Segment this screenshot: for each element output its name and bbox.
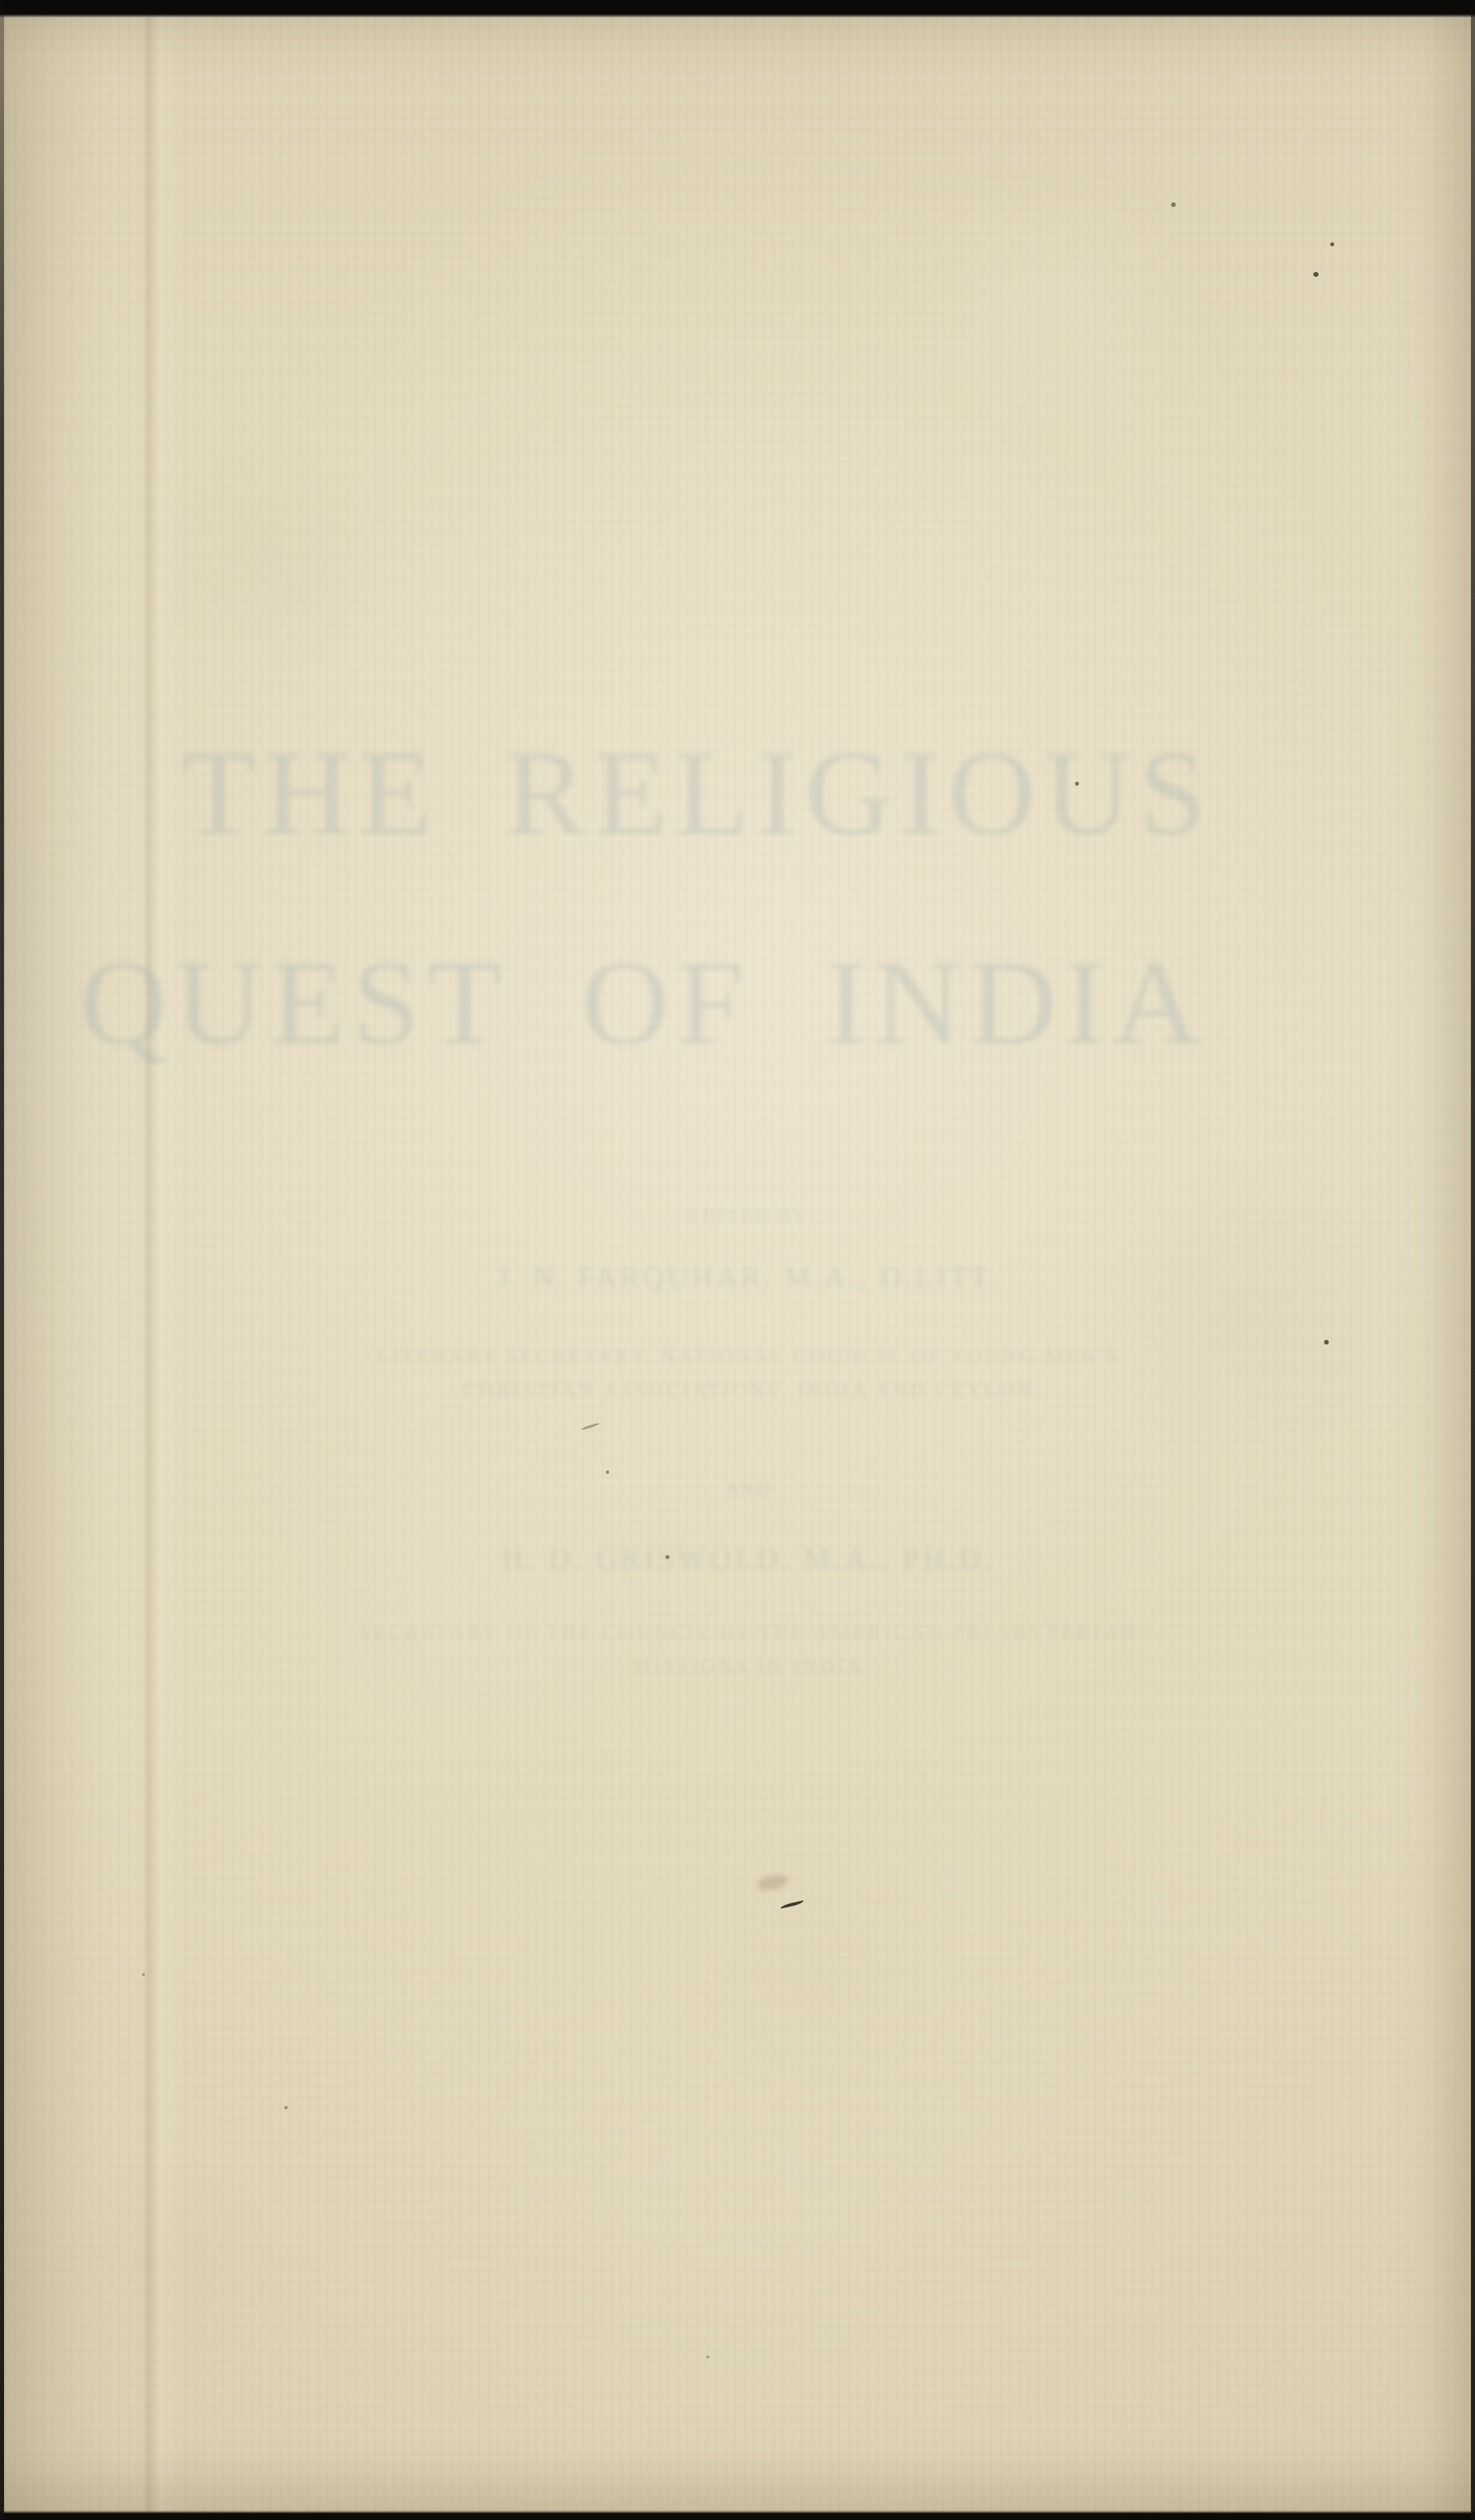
scan-border-top: [0, 0, 1475, 18]
scan-border-right: [1471, 0, 1475, 2520]
scan-border-left: [0, 0, 4, 2520]
scan-vignette: [0, 0, 1475, 2520]
book-page-scan: THE RELIGIOUS QUEST OF INDIA EDITED BY J…: [0, 0, 1475, 2520]
scan-border-bottom: [0, 2511, 1475, 2520]
